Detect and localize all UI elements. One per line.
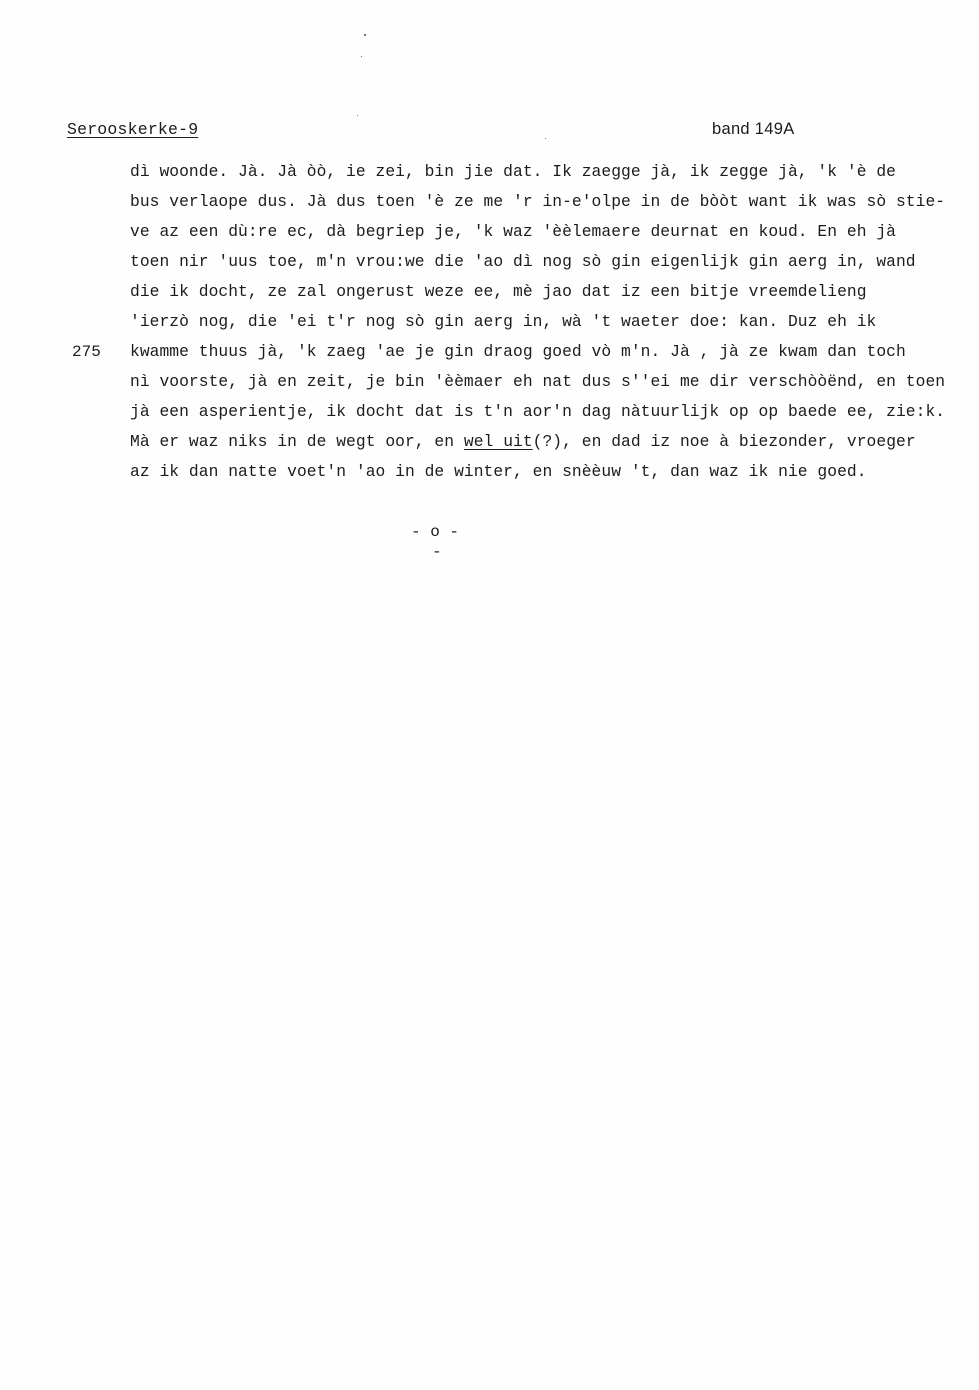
scan-speck (545, 138, 546, 139)
transcript-line: ve az een dù:re ec, dà begriep je, 'k wa… (130, 220, 896, 244)
transcript-line: 'ierzò nog, die 'ei t'r nog sò gin aerg … (130, 310, 876, 334)
scan-speck (361, 56, 362, 57)
transcript-line: bus verlaope dus. Jà dus toen 'è ze me '… (130, 190, 945, 214)
transcript-line: toen nir 'uus toe, m'n vrou:we die 'ao d… (130, 250, 916, 274)
transcript-line: Mà er waz niks in de wegt oor, en wel ui… (130, 430, 916, 454)
transcript-line: kwamme thuus jà, 'k zaeg 'ae je gin drao… (130, 340, 906, 364)
line-text-after: (?), en dad iz noe à biezonder, vroeger (533, 432, 916, 451)
scan-speck (357, 115, 358, 116)
transcript-line: die ik docht, ze zal ongerust weze ee, m… (130, 280, 867, 304)
underlined-uncertain-text: wel uit (464, 432, 533, 451)
end-separator-dash: - (432, 544, 442, 560)
tape-label: band 149A (712, 120, 795, 139)
document-page: Serooskerke-9 band 149A 275 dì woonde. J… (0, 0, 979, 1390)
transcript-line: dì woonde. Jà. Jà òò, ie zei, bin jie da… (130, 160, 896, 184)
line-text-before: Mà er waz niks in de wegt oor, en (130, 432, 464, 451)
transcript-line: jà een asperientje, ik docht dat is t'n … (130, 400, 945, 424)
transcript-line: az ik dan natte voet'n 'ao in de winter,… (130, 460, 867, 484)
line-number-marker: 275 (72, 340, 101, 364)
document-title: Serooskerke-9 (67, 120, 198, 139)
scan-speck (364, 34, 366, 36)
end-separator: - o - (411, 522, 459, 542)
transcript-line: nì voorste, jà en zeit, je bin 'èèmaer e… (130, 370, 945, 394)
